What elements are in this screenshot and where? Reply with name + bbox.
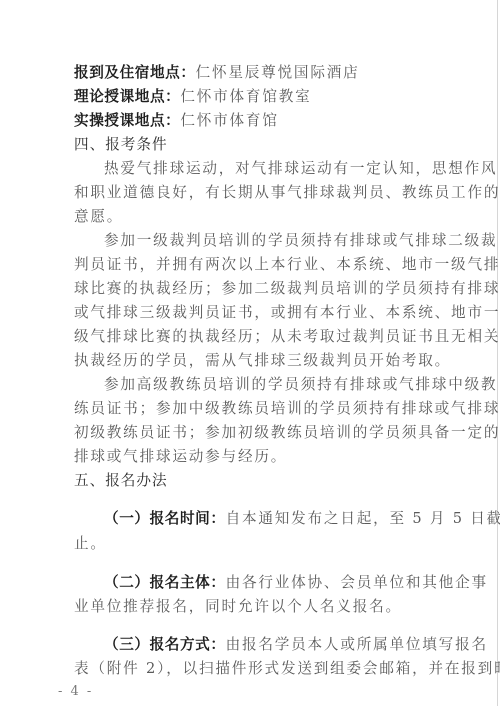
paragraph-line: 或气排球三级裁判员证书，或拥有本行业、本系统、地市一	[74, 302, 430, 324]
paragraph-line: 练员证书；参加中级教练员培训的学员须持有排球或气排球	[74, 398, 430, 420]
paragraph-line: 参加高级教练员培训的学员须持有排球或气排球中级教	[104, 374, 430, 396]
paragraph-line: 判员证书，并拥有两次以上本行业、本系统、地市一级气排	[74, 254, 430, 276]
registration-method: （三）报名方式：由报名学员本人或所属单位填写报名	[104, 634, 430, 656]
venue-value: 仁怀星辰尊悦国际酒店	[196, 64, 360, 81]
item-text: 由报名学员本人或所属单位填写报名	[226, 636, 488, 653]
registration-subject: （二）报名主体：由各行业体协、会员单位和其他企事	[104, 572, 430, 594]
venue-label: 报到及住宿地点：	[74, 64, 196, 81]
section-heading-requirements: 四、报考条件	[74, 134, 430, 156]
venue-practice: 实操授课地点：仁怀市体育馆	[74, 110, 430, 132]
paragraph-line: 表（附件 2），以扫描件形式发送到组委会邮箱，并在报到时	[74, 658, 430, 680]
paragraph-line: 球比赛的执裁经历；参加二级裁判员培训的学员须持有排球	[74, 278, 430, 300]
paragraph-line: 和职业道德良好，有长期从事气排球裁判员、教练员工作的	[74, 182, 430, 204]
paragraph-line: 止。	[74, 533, 430, 555]
venue-checkin: 报到及住宿地点：仁怀星辰尊悦国际酒店	[74, 62, 430, 84]
paragraph-line: 执裁经历的学员，需从气排球三级裁判员开始考取。	[74, 350, 430, 372]
page-number: - 4 -	[58, 684, 93, 699]
venue-label: 理论授课地点：	[74, 88, 180, 105]
item-label: （一）报名时间：	[104, 510, 226, 527]
section-heading-registration: 五、报名办法	[74, 470, 430, 492]
venue-value: 仁怀市体育馆	[180, 112, 278, 129]
page-edge	[497, 0, 498, 706]
venue-theory: 理论授课地点：仁怀市体育馆教室	[74, 86, 430, 108]
venue-value: 仁怀市体育馆教室	[180, 88, 311, 105]
paragraph-line: 参加一级裁判员培训的学员须持有排球或气排球二级裁	[104, 230, 430, 252]
item-label: （三）报名方式：	[104, 636, 226, 653]
item-text: 自本通知发布之日起，至 5 月 5 日截	[226, 510, 500, 527]
paragraph-line: 业单位推荐报名，同时允许以个人名义报名。	[74, 596, 430, 618]
paragraph-line: 热爱气排球运动，对气排球运动有一定认知，思想作风	[104, 158, 430, 180]
paragraph-line: 级气排球比赛的执裁经历；从未考取过裁判员证书且无相关	[74, 326, 430, 348]
item-text: 由各行业体协、会员单位和其他企事	[226, 574, 488, 591]
paragraph-line: 意愿。	[74, 206, 430, 228]
paragraph-line: 初级教练员证书；参加初级教练员培训的学员须具备一定的	[74, 422, 430, 444]
venue-label: 实操授课地点：	[74, 112, 180, 129]
paragraph-line: 排球或气排球运动参与经历。	[74, 446, 430, 468]
item-label: （二）报名主体：	[104, 574, 226, 591]
registration-time: （一）报名时间：自本通知发布之日起，至 5 月 5 日截	[104, 508, 430, 530]
